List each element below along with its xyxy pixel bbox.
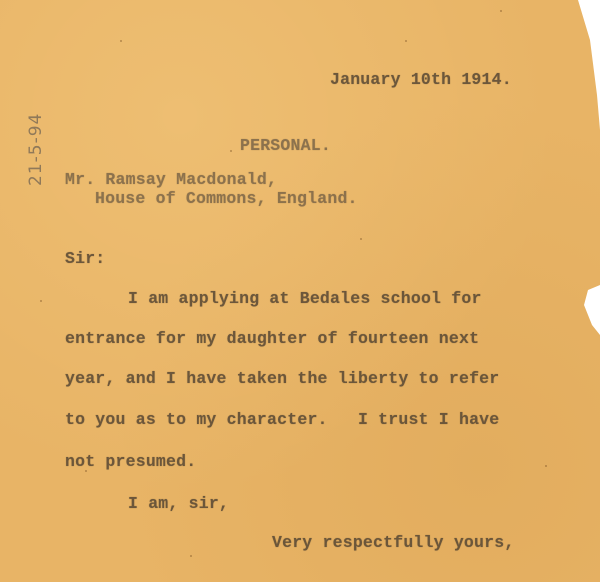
closing-signoff: Very respectfully yours, <box>272 533 514 552</box>
body-line: year, and I have taken the liberty to re… <box>65 369 499 388</box>
recipient-name: Mr. Ramsay Macdonald, <box>65 170 277 189</box>
body-line: to you as to my character. I trust I hav… <box>65 410 499 429</box>
paper-speck <box>230 150 232 152</box>
archive-pencil-mark: 21-5-94 <box>26 113 46 186</box>
letter-date: January 10th 1914. <box>330 70 512 89</box>
paper-speck <box>190 555 192 557</box>
body-line: I am applying at Bedales school for <box>128 289 482 308</box>
paper-speck <box>40 300 42 302</box>
salutation: Sir: <box>65 249 105 268</box>
paper-speck <box>360 238 362 240</box>
paper-speck <box>500 10 502 12</box>
letter-heading: PERSONAL. <box>240 136 331 155</box>
body-line: entrance for my daughter of fourteen nex… <box>65 329 479 348</box>
body-line: not presumed. <box>65 452 196 471</box>
paper-speck <box>120 40 122 42</box>
paper-speck <box>405 40 407 42</box>
recipient-address: House of Commons, England. <box>95 189 358 208</box>
closing-line: I am, sir, <box>128 494 229 513</box>
paper-speck <box>545 465 547 467</box>
